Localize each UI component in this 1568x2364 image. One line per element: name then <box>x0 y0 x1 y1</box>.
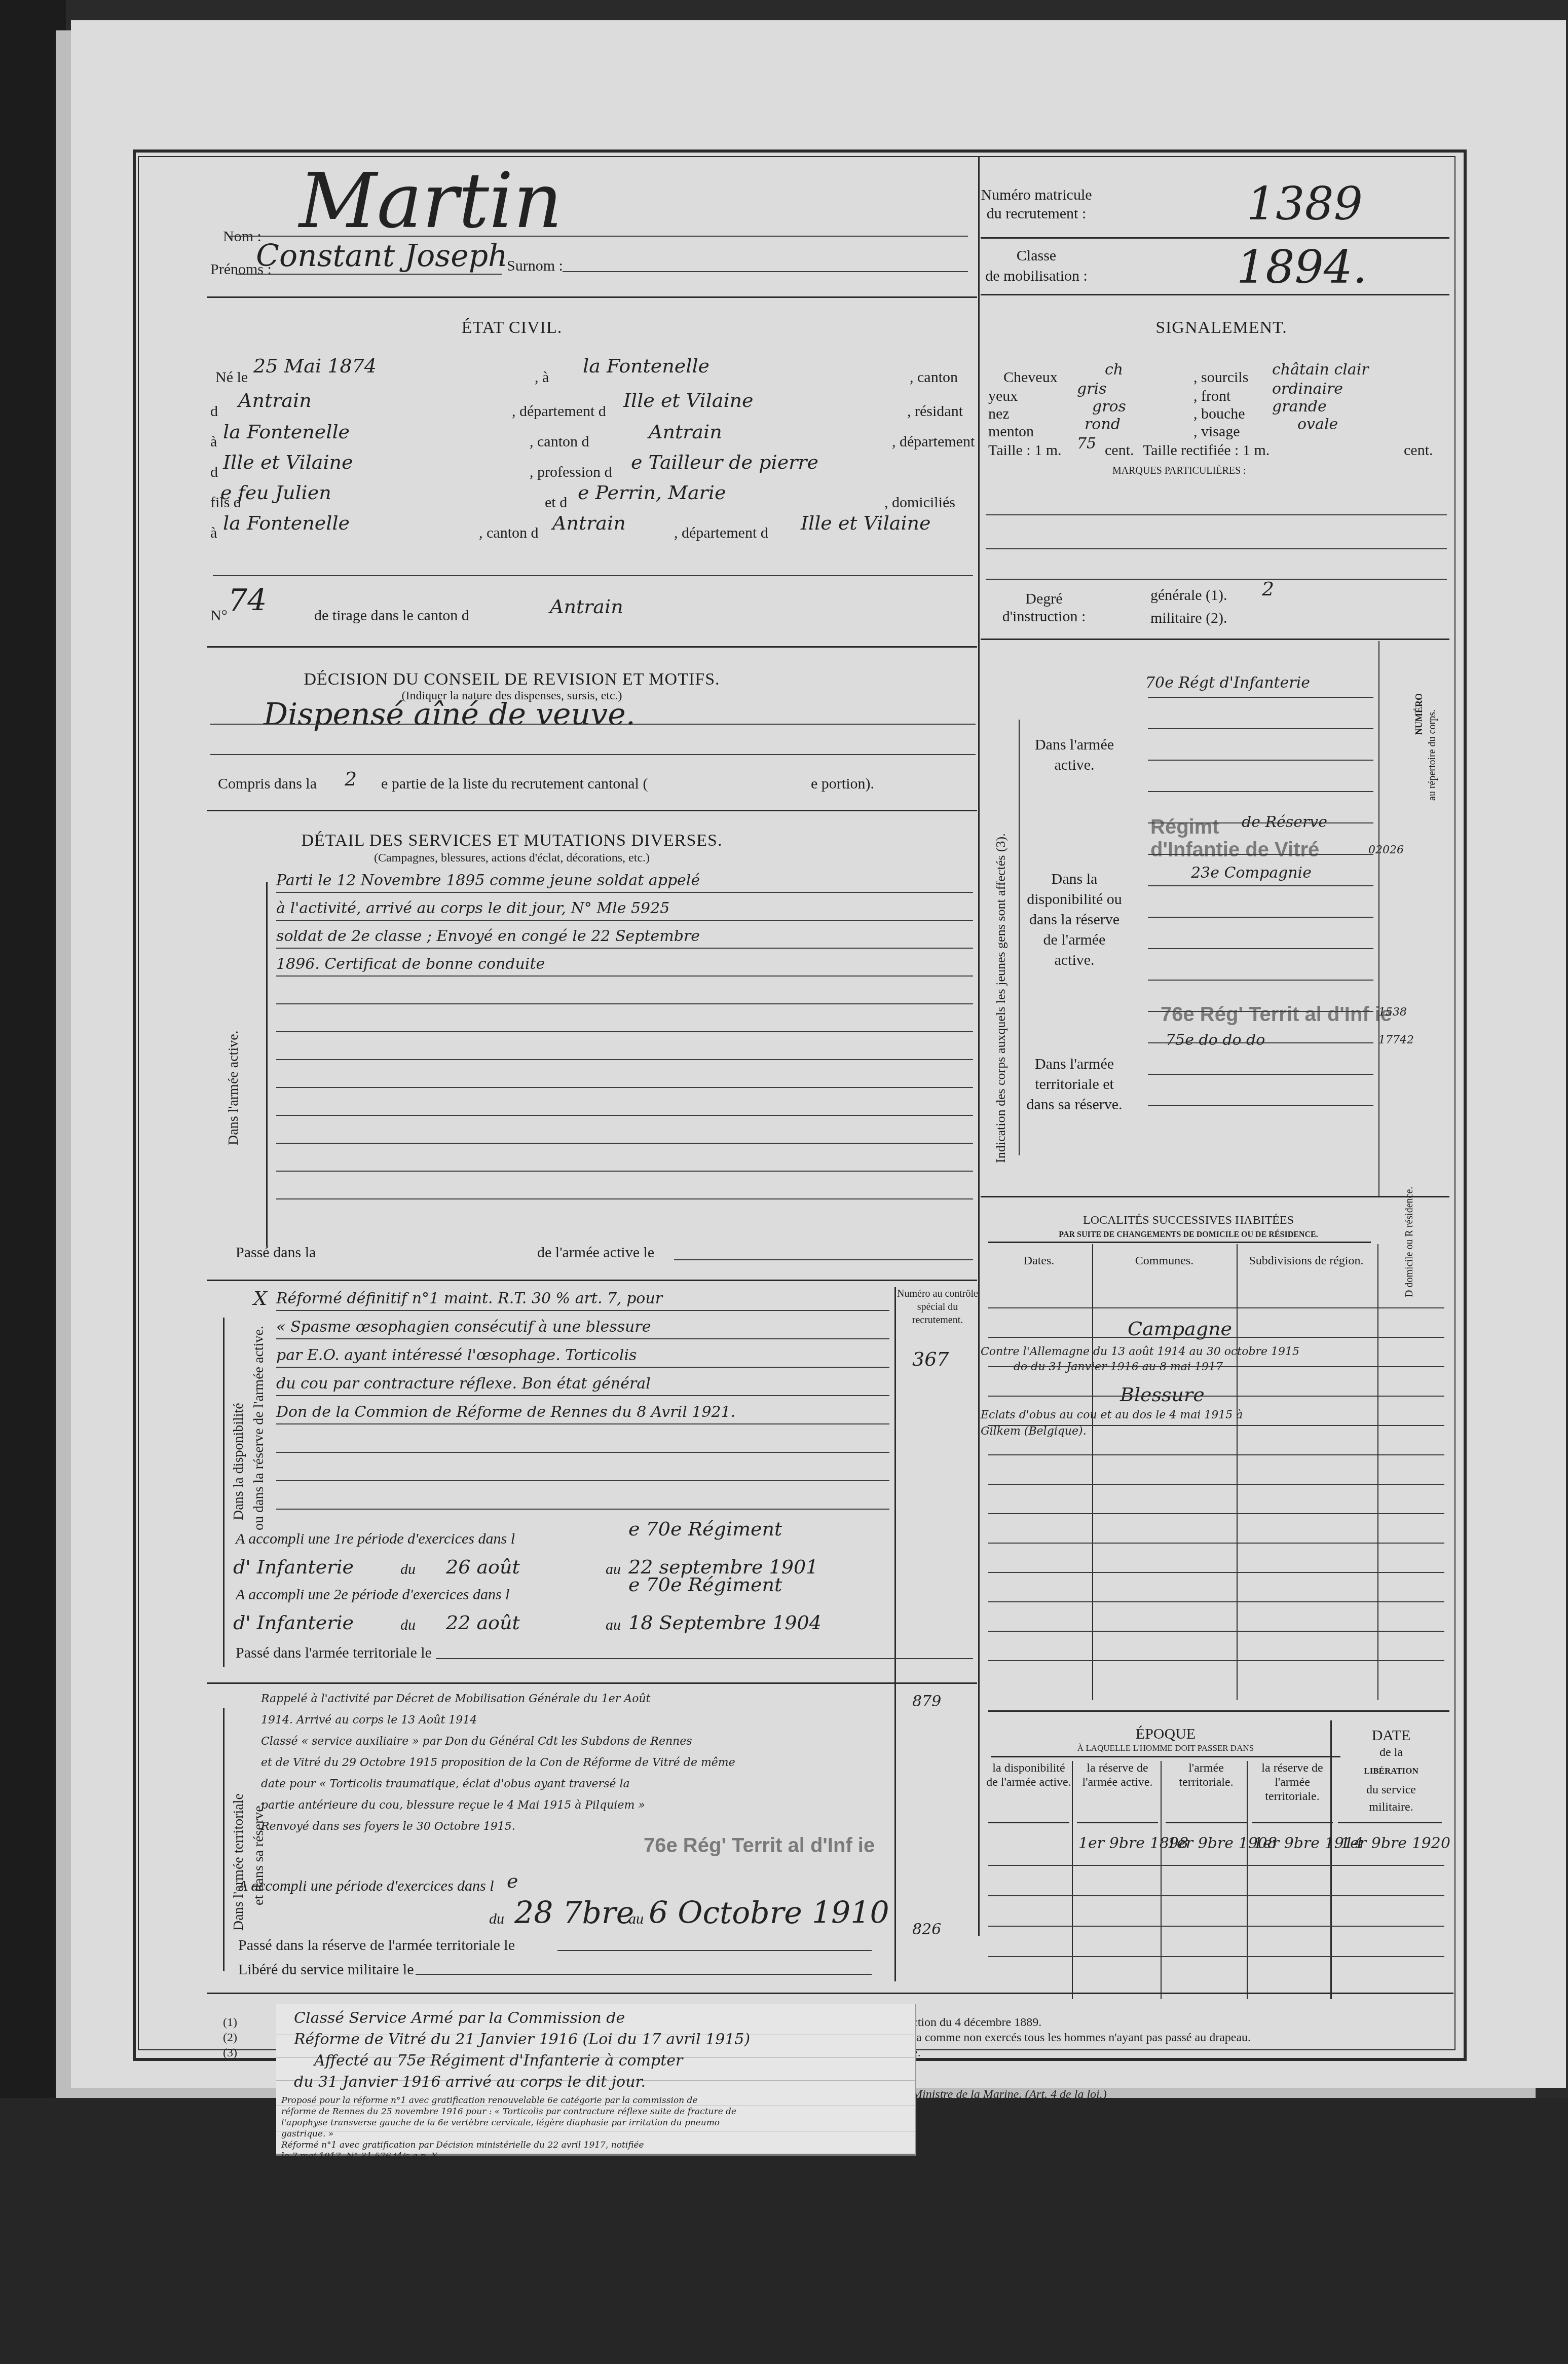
cheveux-label: Cheveux <box>1003 369 1058 386</box>
liberation-label-1: de la <box>1333 1746 1449 1759</box>
territoriale-margin-number-2: 826 <box>912 1921 941 1938</box>
territoriale-au-label: au <box>628 1910 644 1928</box>
disponibilite-mark: X <box>253 1287 267 1309</box>
nom-value: Martin <box>299 157 563 245</box>
service-line: à l'activité, arrivé au corps le dit jou… <box>276 899 669 917</box>
localites-column-divider <box>1377 1244 1378 1700</box>
localites-column-divider <box>1092 1244 1093 1700</box>
corps-reserve-hand-2: 23e Compagnie <box>1191 864 1312 882</box>
mother: e Perrin, Marie <box>578 481 726 504</box>
corps-rule <box>1148 885 1373 886</box>
profession: e Tailleur de pierre <box>631 451 818 473</box>
localites-bottom-rule <box>988 1710 1449 1712</box>
epoque-rule <box>988 1956 1444 1957</box>
service-rule <box>276 920 973 921</box>
residence-departement: Ille et Vilaine <box>223 451 353 473</box>
territoriale-line: 1914. Arrivé au corps le 13 Août 1914 <box>261 1714 477 1727</box>
sourcils-label: , sourcils <box>1193 369 1248 386</box>
yeux-value: gris <box>1077 380 1107 398</box>
epoque-column-header: la réserve de l'armée active. <box>1074 1761 1161 1789</box>
disponibilite-rule <box>276 1509 889 1510</box>
services-title: DÉTAIL DES SERVICES ET MUTATIONS DIVERSE… <box>243 831 780 850</box>
territoriale-line: date pour « Torticolis traumatique, écla… <box>261 1778 630 1790</box>
localites-rule <box>988 1337 1444 1338</box>
service-rule <box>276 1115 973 1116</box>
periode1-regiment: e 70e Régiment <box>628 1518 782 1540</box>
epoque-value: 1er 9bre 1914 <box>1253 1834 1363 1852</box>
periode1-du-label: du <box>400 1561 416 1578</box>
territoriale-periode-label: A accompli une période d'exercices dans … <box>238 1878 494 1895</box>
pasted-note-small-line: Réformé n°1 avec gratification par Décis… <box>281 2140 644 2150</box>
service-rule <box>276 1059 973 1060</box>
periode2-du-label: du <box>400 1617 416 1634</box>
corps-bottom-rule <box>981 1196 1449 1197</box>
corps-rule <box>1148 760 1373 761</box>
liberation-title: DATE <box>1333 1727 1449 1744</box>
epoque-header-rule <box>988 1822 1069 1823</box>
reserve-territoriale-label: Passé dans la réserve de l'armée territo… <box>238 1937 515 1954</box>
localites-rule <box>988 1601 1444 1602</box>
territoriale-line: partie antérieure du cou, blessure reçue… <box>261 1799 645 1812</box>
territoriale-side-label-1: Dans l'armée territoriale <box>231 1793 247 1931</box>
service-rule <box>276 1031 973 1032</box>
etat-civil-bottom-rule <box>207 646 977 648</box>
numero-label: N° <box>210 607 228 624</box>
footnote-3-number: (3) <box>223 2046 237 2060</box>
disponibilite-line: du cou par contracture réflexe. Bon état… <box>276 1375 651 1393</box>
footnote-2-number: (2) <box>223 2031 237 2045</box>
instruction-label-1: Degré <box>993 590 1095 608</box>
visage-value: ovale <box>1297 416 1338 433</box>
periode2-au-label: au <box>606 1617 621 1634</box>
liberation-label-3: du service militaire. <box>1343 1781 1439 1816</box>
matricule-value: 1389 <box>1247 177 1363 231</box>
armee-active-label: de l'armée active le <box>537 1244 654 1261</box>
localites-rule <box>988 1396 1444 1397</box>
corps-rule <box>1148 728 1373 729</box>
visage-label: , visage <box>1193 423 1240 440</box>
ne-le-label: Né le <box>215 369 248 386</box>
compris-label: Compris dans la <box>218 775 317 793</box>
corps-territoriale-number-2: 17742 <box>1378 1034 1414 1046</box>
marques-line-2 <box>986 548 1447 549</box>
a3-label: à <box>210 524 217 542</box>
departement2-label: , département <box>892 433 975 451</box>
parents-departement: Ille et Vilaine <box>801 512 931 534</box>
footnote-2-text: ra comme non exercés tous les hommes n'a… <box>912 2031 1251 2045</box>
localites-column-header: Communes. <box>1095 1254 1234 1267</box>
decision-title: DÉCISION DU CONSEIL DE REVISION ET MOTIF… <box>243 670 780 689</box>
footnote-1-number: (1) <box>223 2016 237 2030</box>
corps-reserve-stamp-1: Régimt <box>1150 816 1219 839</box>
corps-numero-label-1: NUMÉRO <box>1414 693 1425 735</box>
d-label: d <box>210 403 218 420</box>
disponibilite-line: Don de la Commion de Réforme de Rennes d… <box>276 1403 735 1421</box>
epoque-column-divider <box>1072 1761 1073 1999</box>
decision-line-2 <box>210 754 976 755</box>
disponibilite-bottom-rule <box>207 1682 977 1684</box>
footnote-marine-text: Ministre de la Marine. (Art. 4 de la loi… <box>912 2088 1107 2102</box>
epoque-column-header: la disponibilité de l'armée active. <box>986 1761 1072 1789</box>
birth-departement: Ille et Vilaine <box>623 389 754 411</box>
corps-active-value: 70e Régt d'Infanterie <box>1145 674 1310 692</box>
corps-rule <box>1148 854 1373 855</box>
localites-rule <box>988 1484 1444 1485</box>
corps-side-bracket <box>1019 720 1020 1155</box>
pasted-note-small-line: réforme de Rennes du 25 novembre 1916 po… <box>281 2107 736 2117</box>
front-label: , front <box>1193 388 1230 405</box>
service-rule <box>276 892 973 893</box>
father: e feu Julien <box>220 481 331 504</box>
taille-value: 75 <box>1077 435 1096 453</box>
marques-line-3 <box>986 579 1447 580</box>
parents-canton: Antrain <box>552 512 626 534</box>
footnote-1-text: ction du 4 décembre 1889. <box>912 2016 1041 2030</box>
taille-label: Taille : 1 m. <box>988 442 1062 459</box>
service-rule <box>276 1087 973 1088</box>
corps-territoriale-hand: 75e do do do <box>1166 1031 1265 1049</box>
pasted-note-line: Classé Service Armé par la Commission de <box>294 2009 625 2027</box>
epoque-header-rule <box>1252 1822 1333 1823</box>
header-bottom-rule <box>207 296 977 298</box>
localites-rule <box>988 1660 1444 1661</box>
periode2-regiment-2: d' Infanterie <box>233 1611 354 1634</box>
services-subtitle: (Campagnes, blessures, actions d'éclat, … <box>284 851 740 865</box>
pasted-note-small-line: le 7 mai 1917. N° 31.576 i4/s.g.p. X <box>281 2151 437 2161</box>
corps-rule <box>1148 1074 1373 1075</box>
residence-canton: Antrain <box>649 421 722 443</box>
a2-label: à <box>210 433 217 451</box>
nom-line <box>228 236 968 237</box>
instruction-generale: 2 <box>1262 578 1274 600</box>
pasted-note-line: du 31 Janvier 1916 arrivé au corps le di… <box>294 2073 646 2091</box>
service-rule <box>276 1003 973 1004</box>
liberation-label-2: LIBÉRATION <box>1333 1766 1449 1776</box>
birth-canton: Antrain <box>238 389 312 411</box>
epoque-column-header: l'armée territoriale. <box>1163 1761 1249 1789</box>
service-rule <box>276 1198 973 1199</box>
corps-reserve-stamp-2: d'Infantie de Vitré <box>1150 839 1319 861</box>
territoriale-line: Rappelé à l'activité par Décret de Mobil… <box>261 1693 650 1705</box>
main-bottom-rule <box>207 1993 1453 1994</box>
territoriale-du-label: du <box>489 1910 504 1928</box>
service-line: 1896. Certificat de bonne conduite <box>276 955 545 973</box>
matricule-rule <box>981 237 1449 239</box>
periode1-label: A accompli une 1re période d'exercices d… <box>236 1530 515 1548</box>
epoque-column-header: la réserve de l'armée territoriale. <box>1249 1761 1335 1804</box>
corps-rule <box>1148 1042 1373 1043</box>
birth-date: 25 Mai 1874 <box>253 355 377 377</box>
departement3-label: , département d <box>674 524 768 542</box>
matricule-label-2: du recrutement : <box>981 205 1092 222</box>
liberation-header-rule <box>1338 1822 1442 1823</box>
parents-domicile: la Fontenelle <box>223 512 350 534</box>
canton3-label: , canton d <box>479 524 538 542</box>
et-label: et d <box>545 494 567 511</box>
libere-line <box>416 1974 872 1975</box>
d2-label: d <box>210 464 218 481</box>
prenoms-line <box>236 274 502 275</box>
localites-rule <box>988 1366 1444 1367</box>
numero-controle-divider <box>894 1287 896 1981</box>
numero-tirage: 74 <box>228 583 267 618</box>
decision-bottom-rule <box>207 810 977 811</box>
disponibilite-line: Réformé définitif n°1 maint. R.T. 30 % a… <box>276 1290 662 1307</box>
blessure-line-1: Eclats d'obus au cou et au dos le 4 mai … <box>981 1409 1243 1421</box>
localites-subtitle-rule <box>988 1242 1371 1243</box>
bouche-label: , bouche <box>1193 405 1245 423</box>
localites-subtitle: PAR SUITE DE CHANGEMENTS DE DOMICILE OU … <box>991 1230 1386 1240</box>
sourcils-value: châtain clair <box>1272 361 1369 379</box>
decision-text: Dispensé aîné de veuve. <box>264 697 636 732</box>
instruction-generale-label: générale (1). <box>1150 587 1227 604</box>
menton-value: rond <box>1085 416 1121 433</box>
territoriale-line: Renvoyé dans ses foyers le 30 Octobre 19… <box>261 1820 515 1833</box>
territoriale-date-line <box>436 1658 973 1659</box>
portion-suffix: e portion). <box>811 775 874 793</box>
disponibilite-rule <box>276 1367 889 1368</box>
territoriale-margin-number: 879 <box>912 1693 941 1710</box>
corps-rule <box>1148 791 1373 792</box>
pasted-note-small-line: Proposé pour la réforme n°1 avec gratifi… <box>281 2095 697 2106</box>
corps-numero-label-2: au répertoire du corps. <box>1427 709 1438 801</box>
periode2-label: A accompli une 2e période d'exercices da… <box>236 1586 509 1603</box>
epoque-header-rule <box>1166 1822 1247 1823</box>
periode1-au-label: au <box>606 1561 621 1578</box>
corps-reserve-label: Dans la disponibilité ou dans la réserve… <box>1024 869 1125 970</box>
pasted-note-line: Réforme de Vitré du 21 Janvier 1916 (Loi… <box>294 2031 750 2048</box>
corps-numero-divider <box>1378 641 1379 1196</box>
numero-controle-value: 367 <box>912 1348 949 1370</box>
epoque-rule <box>988 1895 1444 1896</box>
epoque-column-divider <box>1247 1761 1248 1999</box>
periode1-du: 26 août <box>446 1556 520 1578</box>
disponibilite-side-label-1: Dans la disponibilité <box>231 1403 247 1520</box>
territoriale-bracket <box>223 1708 225 1971</box>
pasted-note-small-line: l'apophyse transverse gauche de la 6e ve… <box>281 2118 720 2128</box>
periode2-regiment: e 70e Régiment <box>628 1573 782 1596</box>
passe-label: Passé dans la <box>236 1244 316 1261</box>
profession-label: , profession d <box>530 464 612 481</box>
territoriale-label: Passé dans l'armée territoriale le <box>236 1644 432 1662</box>
corps-active-label: Dans l'armée active. <box>1024 735 1125 775</box>
localites-rule <box>988 1631 1444 1632</box>
corps-reserve-number: 02026 <box>1368 844 1404 856</box>
corps-rule <box>1148 917 1373 918</box>
disponibilite-bracket <box>223 1318 225 1667</box>
taille-rectifiee-label: Taille rectifiée : 1 m. <box>1143 442 1270 459</box>
surnom-label: Surnom : <box>507 257 563 275</box>
localites-column-divider <box>1237 1244 1238 1700</box>
localites-rule <box>988 1572 1444 1573</box>
localites-rule <box>988 1513 1444 1514</box>
service-line: Parti le 12 Novembre 1895 comme jeune so… <box>276 872 700 889</box>
corps-side-label: Indication des corps auxquels les jeunes… <box>993 833 1009 1163</box>
libere-label: Libéré du service militaire le <box>238 1961 414 1978</box>
bouche-value: grande <box>1272 398 1327 416</box>
epoque-column-divider <box>1161 1761 1162 1999</box>
instruction-bottom-rule <box>981 639 1449 640</box>
blessure-title: Blessure <box>1120 1383 1205 1406</box>
localites-rule <box>988 1425 1444 1426</box>
territoriale-stamp: 76e Rég' Territ al d'Inf ie <box>644 1834 875 1857</box>
localites-rule <box>988 1543 1444 1544</box>
services-bracket <box>266 882 268 1247</box>
disponibilite-rule <box>276 1338 889 1339</box>
cheveux-value: ch <box>1105 361 1123 379</box>
service-rule <box>276 948 973 949</box>
partie-value: 2 <box>345 768 357 790</box>
marques-line-1 <box>986 514 1447 515</box>
classe-rule <box>981 294 1449 295</box>
epoque-title: ÉPOQUE <box>986 1725 1346 1743</box>
classe-label-2: de mobilisation : <box>981 268 1092 285</box>
localites-title: LOCALITÉS SUCCESSIVES HABITÉES <box>991 1214 1386 1227</box>
classe-label-1: Classe <box>981 247 1092 265</box>
decision-line-1 <box>210 724 976 725</box>
disponibilite-rule <box>276 1395 889 1396</box>
disponibilite-line: « Spasme œsophagien consécutif à une ble… <box>276 1318 651 1336</box>
pasted-note-line: Affecté au 75e Régiment d'Infanterie à c… <box>314 2052 683 2070</box>
departement-label: , département d <box>512 403 606 420</box>
periode2-au: 18 Septembre 1904 <box>628 1611 822 1634</box>
service-rule <box>276 1171 973 1172</box>
localites-column-header: D domicile ou R résidence. <box>1404 1187 1415 1297</box>
disponibilite-line: par E.O. ayant intéressé l'œsophage. Tor… <box>276 1346 637 1364</box>
corps-rule <box>1148 822 1373 823</box>
corps-territoriale-number: 1538 <box>1378 1006 1407 1019</box>
localites-rule <box>988 1307 1444 1308</box>
localites-column-header: Dates. <box>988 1254 1090 1267</box>
menton-label: menton <box>988 423 1034 440</box>
cent-label: cent. <box>1105 442 1134 459</box>
territoriale-du: 28 7bre <box>514 1895 634 1931</box>
blessure-line-2: Gilkem (Belgique). <box>981 1425 1087 1438</box>
cent2-label: cent. <box>1404 442 1433 459</box>
surnom-line <box>563 271 968 272</box>
etat-civil-title: ÉTAT CIVIL. <box>319 318 704 337</box>
territoriale-periode-regiment: e <box>507 1870 518 1892</box>
disponibilite-rule <box>276 1310 889 1311</box>
periode1-regiment-2: d' Infanterie <box>233 1556 354 1578</box>
localites-column-header: Subdivisions de région. <box>1239 1254 1373 1267</box>
corps-rule <box>1148 1011 1373 1012</box>
epoque-header-rule <box>1077 1822 1158 1823</box>
epoque-subtitle-rule <box>991 1756 1340 1757</box>
instruction-militaire-label: militaire (2). <box>1150 610 1227 627</box>
classe-value: 1894. <box>1237 241 1367 294</box>
service-line: soldat de 2e classe ; Envoyé en congé le… <box>276 927 700 945</box>
services-side-label: Dans l'armée active. <box>226 1030 242 1145</box>
armee-active-date-line <box>674 1259 973 1260</box>
corps-territoriale-stamp: 76e Rég' Territ al d'Inf ie <box>1161 1003 1392 1026</box>
territoriale-line: Classé « service auxiliaire » par Don du… <box>261 1735 692 1748</box>
epoque-subtitle: À LAQUELLE L'HOMME DOIT PASSER DANS <box>986 1743 1346 1753</box>
corps-rule <box>1148 980 1373 981</box>
pasted-note-small-line: gastrique. » <box>281 2129 333 2139</box>
tirage-canton: Antrain <box>550 595 623 618</box>
disponibilite-rule <box>276 1452 889 1453</box>
service-rule <box>276 975 973 977</box>
corps-rule <box>1148 697 1373 698</box>
domicilies-label: , domiciliés <box>884 494 955 511</box>
services-bottom-rule <box>207 1280 977 1281</box>
canton2-label: , canton d <box>530 433 589 451</box>
birth-place: la Fontenelle <box>583 355 710 377</box>
corps-rule <box>1148 1105 1373 1106</box>
column-divider <box>978 157 980 1936</box>
instruction-label-2: d'instruction : <box>993 608 1095 625</box>
residant-label: , résidant <box>907 403 963 420</box>
campagne-line-1: Contre l'Allemagne du 13 août 1914 au 30… <box>981 1345 1299 1358</box>
service-rule <box>276 1143 973 1144</box>
periode2-du: 22 août <box>446 1611 520 1634</box>
disponibilite-side-label-2: ou dans la réserve de l'armée active. <box>251 1326 267 1530</box>
territoriale-au: 6 Octobre 1910 <box>649 1895 889 1931</box>
yeux-label: yeux <box>988 388 1018 405</box>
numero-controle-label: Numéro au contrôle spécial du recrutemen… <box>897 1287 978 1327</box>
canton-label: , canton <box>910 369 958 386</box>
epoque-rule <box>988 1865 1444 1866</box>
partie-suffix: e partie de la liste du recrutement cant… <box>381 775 648 793</box>
nez-label: nez <box>988 405 1010 423</box>
signalement-title: SIGNALEMENT. <box>1034 318 1409 337</box>
marques-label: MARQUES PARTICULIÈRES : <box>1112 465 1246 477</box>
residence: la Fontenelle <box>223 421 350 443</box>
prenoms-value: Constant Joseph <box>256 238 508 274</box>
corps-rule <box>1148 948 1373 949</box>
disponibilite-rule <box>276 1423 889 1424</box>
front-value: ordinaire <box>1272 380 1343 398</box>
corps-territoriale-label: Dans l'armée territoriale et dans sa rés… <box>1024 1054 1125 1115</box>
localites-rule <box>988 1454 1444 1455</box>
matricule-label-1: Numéro matricule <box>981 186 1092 204</box>
tirage-label: de tirage dans le canton d <box>314 607 469 624</box>
etat-civil-blank-line <box>213 575 973 576</box>
territoriale-line: et de Vitré du 29 Octobre 1915 propositi… <box>261 1756 735 1769</box>
reserve-territoriale-line <box>557 1950 872 1951</box>
epoque-rule <box>988 1926 1444 1927</box>
disponibilite-rule <box>276 1480 889 1481</box>
birth-place-label: , à <box>535 369 549 386</box>
nez-value: gros <box>1092 398 1126 416</box>
